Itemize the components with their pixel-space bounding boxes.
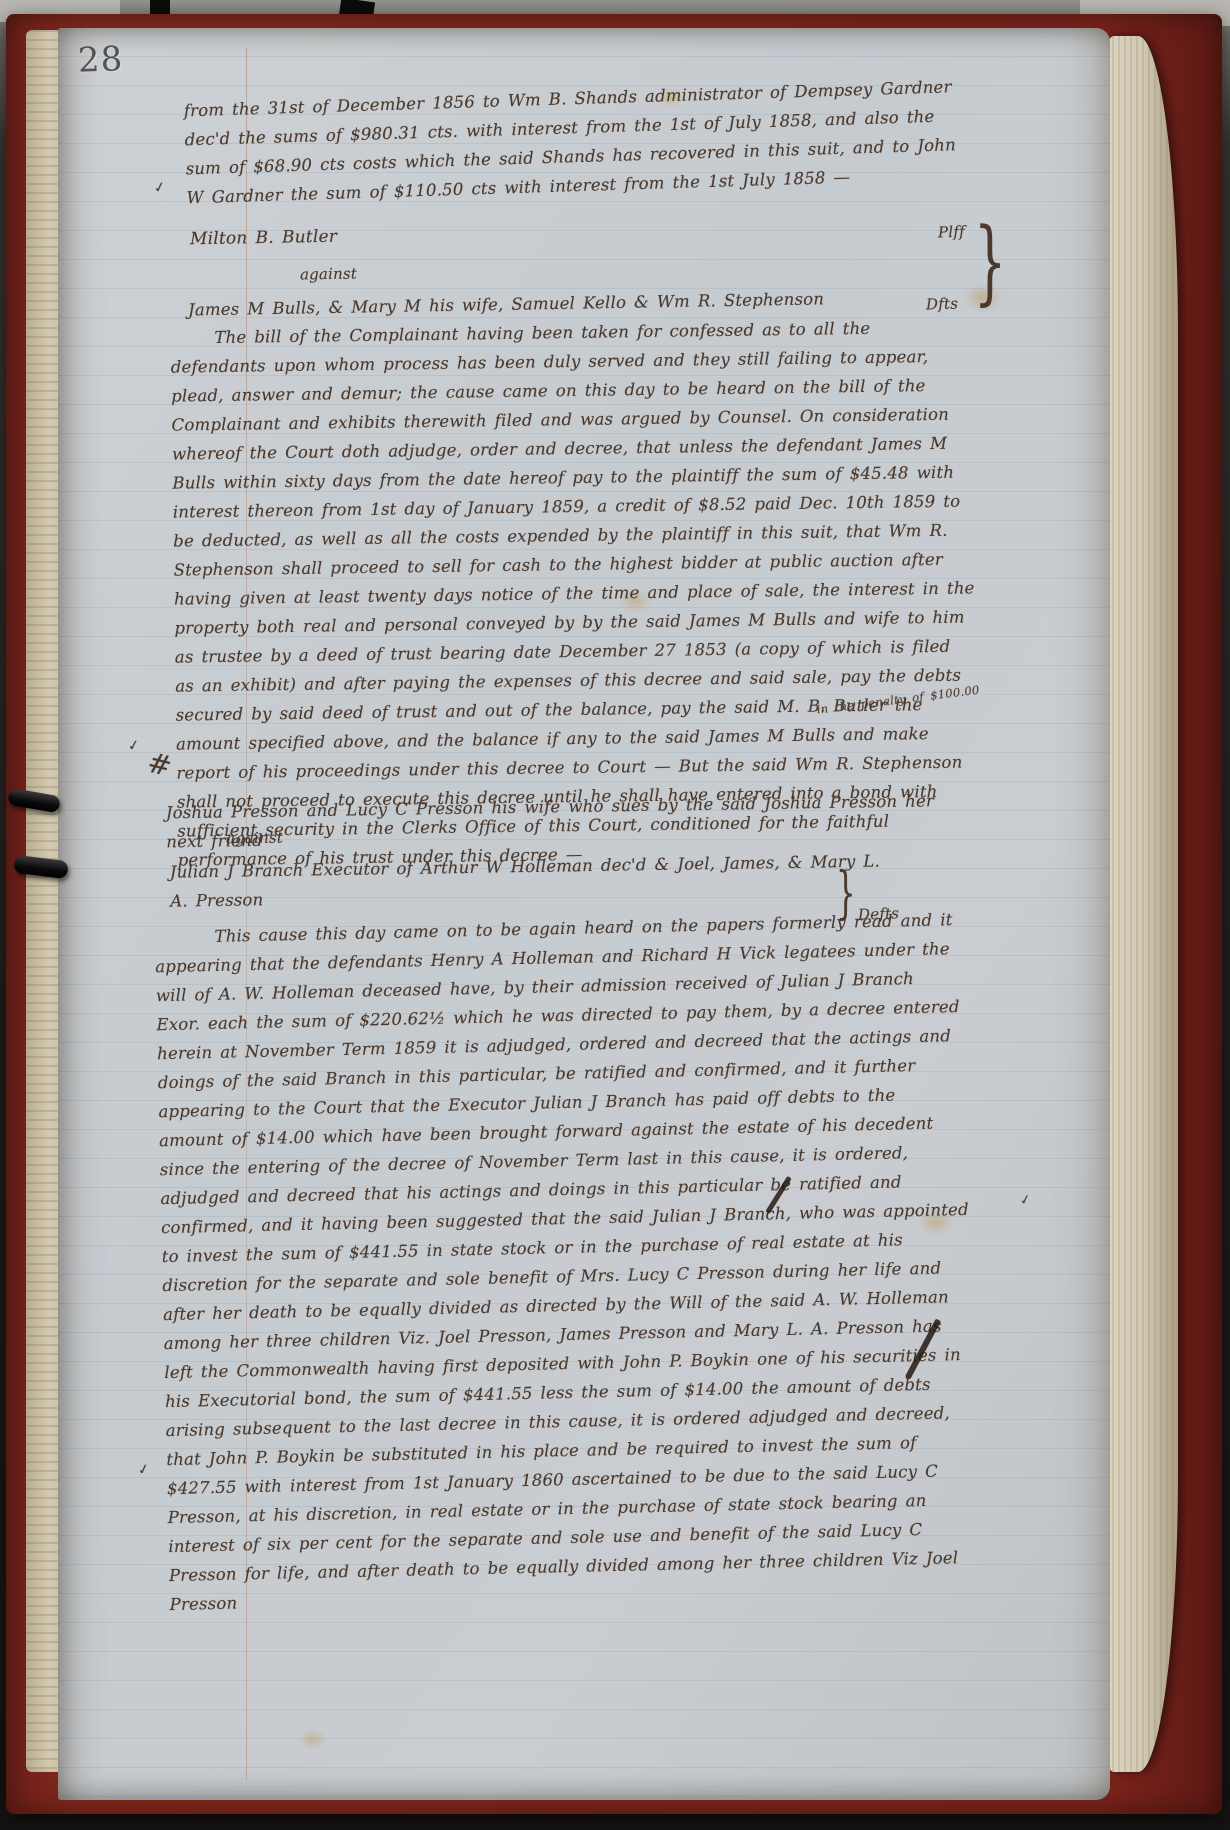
hash-mark: # (145, 748, 175, 782)
case2-defendants: Julian J Branch Executor of Arthur W Hol… (170, 846, 891, 915)
check-mark: ✓ (1017, 1185, 1034, 1216)
case1-plaintiff: Milton B. Butler (190, 223, 338, 255)
continuation-text: from the 31st of December 1856 to Wm B. … (183, 72, 974, 213)
case1-brace: } (974, 216, 1006, 308)
case1-plaintiff-label: Plff (938, 218, 966, 248)
right-page-edge (1100, 36, 1178, 1772)
backdrop-object (150, 0, 170, 14)
record-page: 28 ✓ from the 31st of December 1856 to W… (58, 28, 1110, 1800)
case1-versus: against (300, 260, 358, 290)
case2-versus: against (226, 824, 284, 854)
case2-decree-text: This cause this day came on to be again … (154, 905, 978, 1619)
page-number: 28 (77, 39, 124, 81)
check-mark: ✓ (135, 1455, 153, 1486)
check-mark: ✓ (126, 731, 143, 762)
check-mark: ✓ (151, 173, 169, 204)
stain (298, 1728, 328, 1750)
